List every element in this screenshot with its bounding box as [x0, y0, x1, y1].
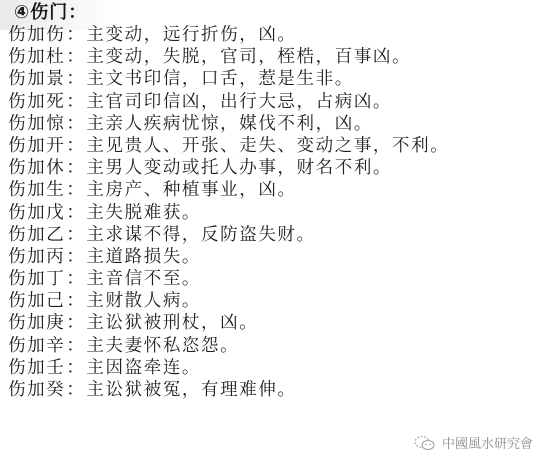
entry-text: 主因盗牵连。 [86, 358, 201, 378]
entry-key: 伤加戊 [8, 203, 65, 223]
entry-text: 主失脱难获。 [86, 203, 201, 223]
entry-separator: ： [66, 158, 85, 178]
entry-separator: ： [66, 247, 85, 267]
entry-key: 伤加伤 [8, 25, 65, 45]
entry-row: 伤加丙：主道路损失。 [8, 246, 548, 268]
entry-text: 主官司印信凶，出行大忌，占病凶。 [86, 92, 392, 112]
entry-separator: ： [66, 358, 85, 378]
entry-key: 伤加景 [8, 69, 65, 89]
entry-row: 伤加杜：主变动，失脱，官司，桎梏，百事凶。 [8, 46, 548, 68]
entry-separator: ： [66, 92, 85, 112]
entry-key: 伤加癸 [8, 380, 65, 400]
entry-key: 伤加乙 [8, 225, 65, 245]
entry-row: 伤加伤：主变动，远行折伤，凶。 [8, 24, 548, 46]
entry-separator: ： [66, 136, 85, 156]
entry-text: 主变动，失脱，官司，桎梏，百事凶。 [86, 47, 411, 67]
entry-separator: ： [66, 269, 85, 289]
entry-key: 伤加庚 [8, 313, 65, 333]
entry-row: 伤加惊：主亲人疾病忧惊，媒伐不利，凶。 [8, 113, 548, 135]
entry-separator: ： [66, 336, 85, 356]
entry-key: 伤加惊 [8, 114, 65, 134]
entry-row: 伤加生：主房产、种植事业，凶。 [8, 179, 548, 201]
entry-text: 主道路损失。 [86, 247, 201, 267]
section-heading: ④伤门： [14, 2, 548, 24]
entry-key: 伤加壬 [8, 358, 65, 378]
entry-row: 伤加休：主男人变动或托人办事，财名不利。 [8, 157, 548, 179]
entry-key: 伤加死 [8, 92, 65, 112]
entry-text: 主讼狱被刑杖，凶。 [86, 313, 258, 333]
entry-key: 伤加丙 [8, 247, 65, 267]
entry-row: 伤加乙：主求谋不得，反防盗失财。 [8, 224, 548, 246]
entry-key: 伤加生 [8, 180, 65, 200]
entry-text: 主男人变动或托人办事，财名不利。 [86, 158, 392, 178]
watermark: 中國風水研究會 [414, 433, 533, 452]
watermark-text: 中國風水研究會 [442, 433, 533, 452]
entry-row: 伤加癸：主讼狱被冤，有理难伸。 [8, 379, 548, 401]
entry-key: 伤加辛 [8, 336, 65, 356]
entry-separator: ： [66, 69, 85, 89]
entry-separator: ： [66, 313, 85, 333]
entry-separator: ： [66, 380, 85, 400]
entry-text: 主夫妻怀私恣怨。 [86, 336, 239, 356]
entry-row: 伤加己：主财散人病。 [8, 290, 548, 312]
entry-key: 伤加开 [8, 136, 65, 156]
entry-key: 伤加杜 [8, 47, 65, 67]
wechat-icon [414, 435, 436, 451]
entry-text: 主音信不至。 [86, 269, 201, 289]
entry-row: 伤加景：主文书印信，口舌，惹是生非。 [8, 68, 548, 90]
entry-separator: ： [66, 25, 85, 45]
entry-text: 主讼狱被冤，有理难伸。 [86, 380, 296, 400]
entry-row: 伤加开：主见贵人、开张、走失、变动之事，不利。 [8, 135, 548, 157]
entry-separator: ： [66, 180, 85, 200]
entry-text: 主见贵人、开张、走失、变动之事，不利。 [86, 136, 449, 156]
entry-key: 伤加丁 [8, 269, 65, 289]
entry-separator: ： [66, 225, 85, 245]
entry-text: 主财散人病。 [86, 291, 201, 311]
entry-separator: ： [66, 291, 85, 311]
entry-row: 伤加辛：主夫妻怀私恣怨。 [8, 335, 548, 357]
entry-text: 主亲人疾病忧惊，媒伐不利，凶。 [86, 114, 373, 134]
entry-row: 伤加死：主官司印信凶，出行大忌，占病凶。 [8, 91, 548, 113]
entry-row: 伤加庚：主讼狱被刑杖，凶。 [8, 312, 548, 334]
entry-text: 主变动，远行折伤，凶。 [86, 25, 296, 45]
entry-key: 伤加休 [8, 158, 65, 178]
entry-key: 伤加己 [8, 291, 65, 311]
entry-text: 主求谋不得，反防盗失财。 [86, 225, 315, 245]
entry-row: 伤加戊：主失脱难获。 [8, 202, 548, 224]
entry-separator: ： [66, 47, 85, 67]
entry-separator: ： [66, 203, 85, 223]
entry-row: 伤加丁：主音信不至。 [8, 268, 548, 290]
document-page: ④伤门： 伤加伤：主变动，远行折伤，凶。 伤加杜：主变动，失脱，官司，桎梏，百事… [8, 2, 548, 401]
entry-text: 主房产、种植事业，凶。 [86, 180, 296, 200]
entry-text: 主文书印信，口舌，惹是生非。 [86, 69, 353, 89]
entry-row: 伤加壬：主因盗牵连。 [8, 357, 548, 379]
entry-separator: ： [66, 114, 85, 134]
